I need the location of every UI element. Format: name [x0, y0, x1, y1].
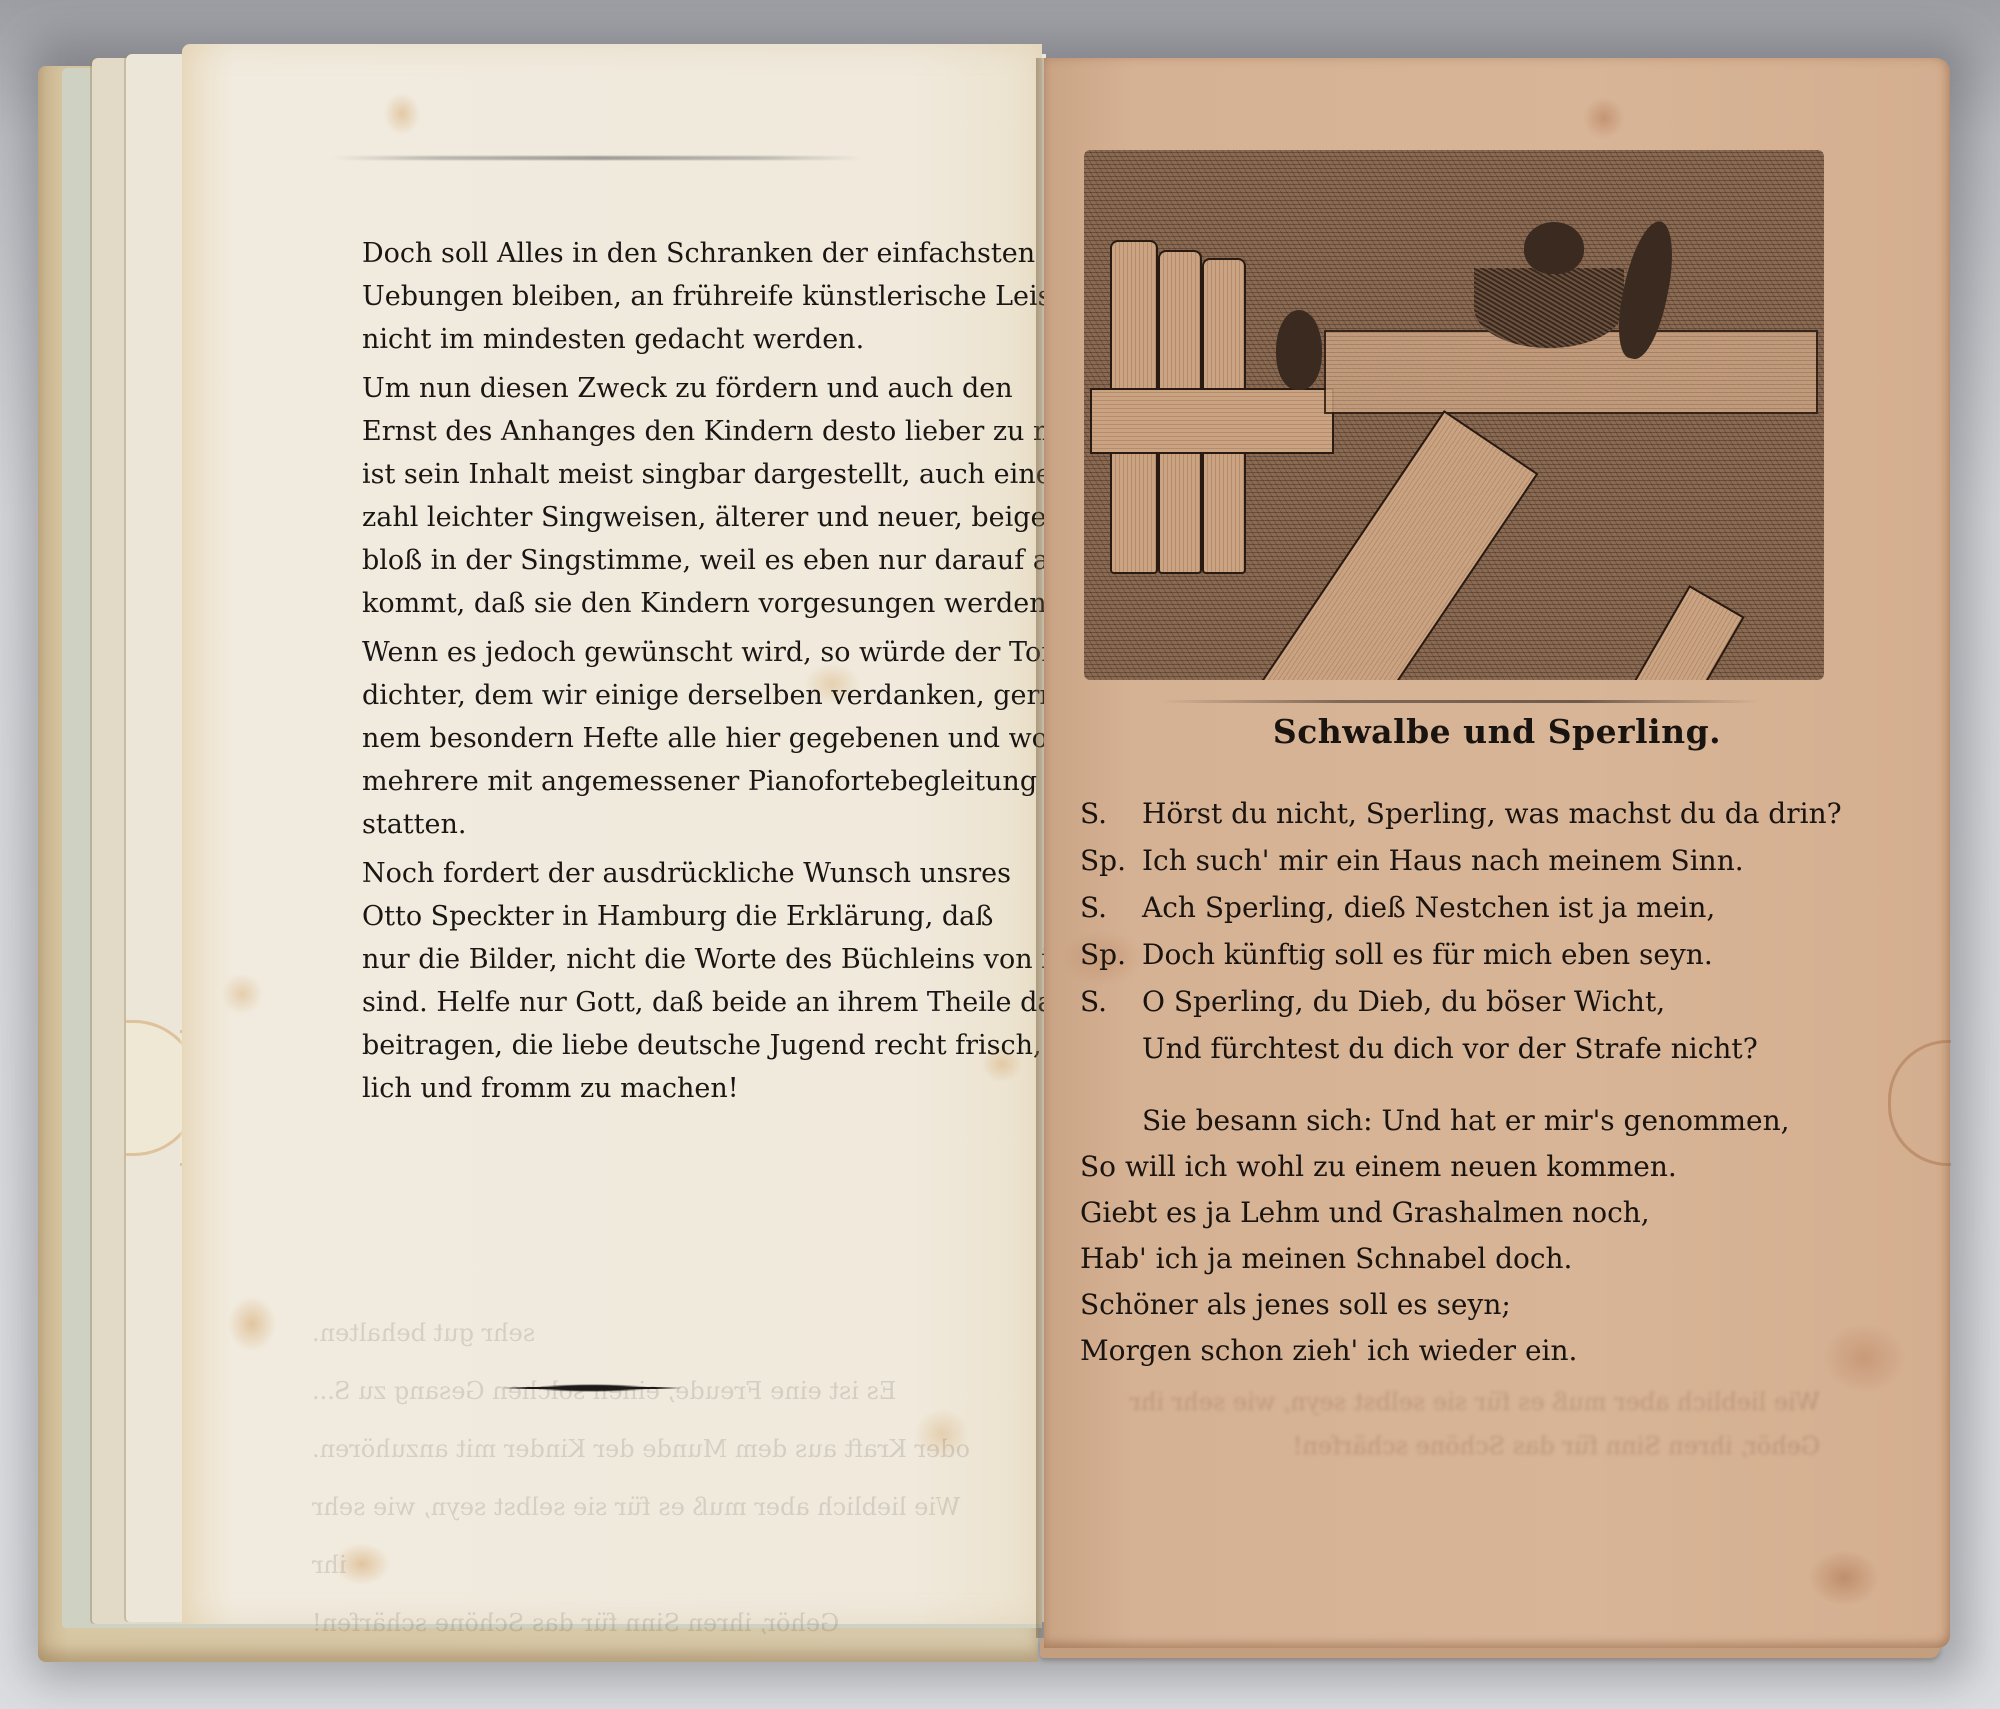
speaker-label: S. [1080, 978, 1142, 1025]
text-line: dichter, dem wir einige derselben verdan… [298, 674, 968, 717]
dialogue-text: Ich such' mir ein Haus nach meinem Sinn. [1142, 837, 1744, 884]
text-line: Otto Speckter in Hamburg die Erklärung, … [298, 895, 968, 938]
closing-ornament-rule [502, 1384, 682, 1392]
verse-line: So will ich wohl zu einem neuen kommen. [1080, 1144, 1860, 1190]
dialogue-line: S. O Sperling, du Dieb, du böser Wicht, [1080, 978, 1860, 1025]
dialogue-line: Sp. Doch künftig soll es für mich eben s… [1080, 931, 1860, 978]
text-line: sind. Helfe nur Gott, daß beide an ihrem… [298, 981, 968, 1024]
dialogue-text: Ach Sperling, dieß Nestchen ist ja mein, [1142, 884, 1715, 931]
bleed-through-text: Wie lieblich aber muß es für sie selbst … [1100, 1380, 1820, 1468]
bleed-through-text: sehr gut behalten. Es ist eine Freude, e… [312, 1304, 972, 1652]
paragraph: Noch fordert der ausdrückliche Wunsch un… [298, 852, 968, 1110]
text-line: ist sein Inhalt meist singbar dargestell… [298, 453, 968, 496]
text-line: zahl leichter Singweisen, älterer und ne… [298, 496, 968, 539]
bleed-through-line: Wie lieblich aber muß es für sie selbst … [312, 1478, 972, 1594]
poem-title: Schwalbe und Sperling. [1044, 712, 1950, 751]
bird-nest [1474, 268, 1624, 348]
verse-line: Morgen schon zieh' ich wieder ein. [1080, 1328, 1860, 1374]
text-line: nem besondern Hefte alle hier gegebenen … [298, 717, 968, 760]
dialogue-line: Und fürchtest du dich vor der Strafe nic… [1080, 1025, 1860, 1072]
book-photo-scene: sehr gut behalten. Es ist eine Freude, e… [0, 0, 2000, 1709]
text-line: bloß in der Singstimme, weil es eben nur… [298, 539, 968, 582]
dialogue-line: Sp. Ich such' mir ein Haus nach meinem S… [1080, 837, 1860, 884]
text-line: kommt, daß sie den Kindern vorgesungen w… [298, 582, 968, 625]
text-line: nur die Bilder, nicht die Worte des Büch… [298, 938, 968, 981]
swallow-bird-icon [1276, 310, 1322, 390]
diagonal-plank [1607, 585, 1744, 680]
dialogue-line: S. Ach Sperling, dieß Nestchen ist ja me… [1080, 884, 1860, 931]
dialogue-text: Doch künftig soll es für mich eben seyn. [1142, 931, 1713, 978]
left-page-body: Doch soll Alles in den Schranken der ein… [298, 232, 968, 1116]
verse-line: Giebt es ja Lehm und Grashalmen noch, [1080, 1190, 1860, 1236]
dialogue-text: O Sperling, du Dieb, du böser Wicht, [1142, 978, 1665, 1025]
speaker-label: S. [1080, 790, 1142, 837]
text-line: Ernst des Anhanges den Kindern desto lie… [298, 410, 968, 453]
text-line: statten. [298, 803, 968, 846]
bleed-through-line: Wie lieblich aber muß es für sie selbst … [1100, 1380, 1820, 1424]
header-rule [332, 156, 862, 160]
text-line: Wenn es jedoch gewünscht wird, so würde … [298, 631, 968, 674]
bleed-through-line: oder Kraft aus dem Munde der Kinder mit … [312, 1420, 972, 1478]
speaker-label: Sp. [1080, 837, 1142, 884]
title-rule [1160, 700, 1760, 703]
bleed-through-line: Gehör, ihren Sinn für das Schöne schärfe… [312, 1594, 972, 1652]
fence-crossbar [1090, 388, 1334, 454]
verse-line: Schöner als jenes soll es seyn; [1080, 1282, 1860, 1328]
text-line: Uebungen bleiben, an frühreife künstleri… [298, 275, 968, 318]
text-line: nicht im mindesten gedacht werden. [298, 318, 968, 361]
bleed-through-line: sehr gut behalten. [312, 1304, 972, 1362]
text-line: mehrere mit angemessener Pianofortebegle… [298, 760, 968, 803]
dialogue-text: Hörst du nicht, Sperling, was machst du … [1142, 790, 1842, 837]
paragraph: Doch soll Alles in den Schranken der ein… [298, 232, 968, 361]
paragraph: Wenn es jedoch gewünscht wird, so würde … [298, 631, 968, 846]
text-line: lich und fromm zu machen! [298, 1067, 968, 1110]
verse-line: Sie besann sich: Und hat er mir's genomm… [1080, 1098, 1860, 1144]
text-line: Noch fordert der ausdrückliche Wunsch un… [298, 852, 968, 895]
verse-line: Hab' ich ja meinen Schnabel doch. [1080, 1236, 1860, 1282]
engraving-illustration [1084, 150, 1824, 680]
poem-dialogue: S. Hörst du nicht, Sperling, was machst … [1080, 790, 1860, 1072]
text-line: Doch soll Alles in den Schranken der ein… [298, 232, 968, 275]
text-line: beitragen, die liebe deutsche Jugend rec… [298, 1024, 968, 1067]
speaker-label: Sp. [1080, 931, 1142, 978]
left-page: sehr gut behalten. Es ist eine Freude, e… [182, 44, 1042, 1624]
sparrow-bird-icon [1524, 222, 1584, 274]
dialogue-line: S. Hörst du nicht, Sperling, was machst … [1080, 790, 1860, 837]
dialogue-text: Und fürchtest du dich vor der Strafe nic… [1142, 1025, 1758, 1072]
poem-second-verse: Sie besann sich: Und hat er mir's genomm… [1080, 1098, 1860, 1374]
speaker-label [1080, 1025, 1142, 1072]
speaker-label: S. [1080, 884, 1142, 931]
text-line: Um nun diesen Zweck zu fördern und auch … [298, 367, 968, 410]
bleed-through-line: Gehör, ihren Sinn für das Schöne schärfe… [1100, 1424, 1820, 1468]
paragraph: Um nun diesen Zweck zu fördern und auch … [298, 367, 968, 625]
